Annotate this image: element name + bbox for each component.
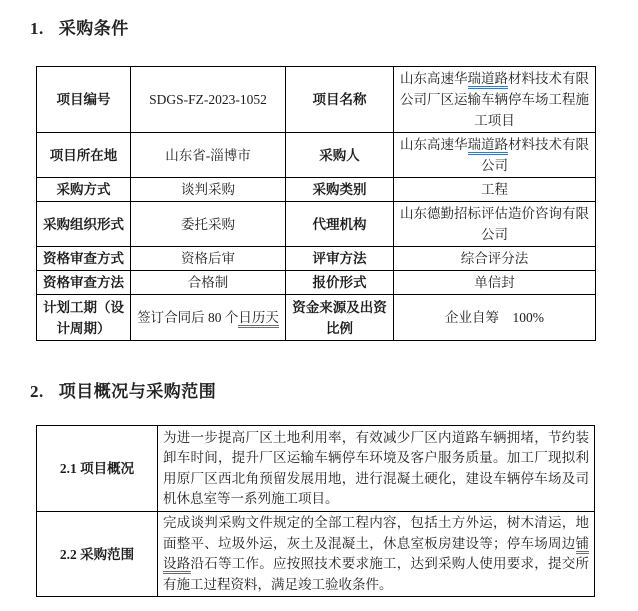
- organization-form-label: 采购组织形式: [37, 202, 131, 247]
- text-segment: 完成谈判采购文件规定的全部工程内容，包括土方外运，树木清运，地面整平、垃圾外运，…: [163, 515, 589, 551]
- section2-title: 项目概况与采购范围: [59, 382, 217, 401]
- project-number-value: SDGS-FZ-2023-1052: [131, 67, 286, 133]
- procurement-scope-value: 完成谈判采购文件规定的全部工程内容，包括土方外运，树木清运，地面整平、垃圾外运，…: [158, 512, 595, 597]
- qualification-review-method-label: 资格审查方法: [37, 271, 131, 295]
- procurement-category-value: 工程: [394, 178, 596, 202]
- purchaser-value: 山东高速华瑞道路材料技术有限公司: [394, 133, 596, 178]
- table-row: 资格审查方式 资格后审 评审方法 综合评分法: [37, 247, 596, 271]
- quotation-form-value: 单信封: [394, 271, 596, 295]
- text-segment: 沿石等工作。应按照技术要求施工，达到采购人使用要求，提交所有施工过程资料，满足竣…: [163, 556, 589, 592]
- project-name-value: 山东高速华瑞道路材料技术有限公司厂区运输车辆停车场工程施工项目: [394, 67, 596, 133]
- procurement-scope-label: 2.2 采购范围: [37, 512, 158, 597]
- organization-form-value: 委托采购: [131, 202, 286, 247]
- qualification-review-mode-label: 资格审查方式: [37, 247, 131, 271]
- table-row: 采购组织形式 委托采购 代理机构 山东德勤招标评估造价咨询有限公司: [37, 202, 596, 247]
- section2-number: 2.: [30, 382, 44, 402]
- evaluation-method-label: 评审方法: [286, 247, 394, 271]
- quotation-form-label: 报价形式: [286, 271, 394, 295]
- funding-source-label: 资金来源及出资比例: [286, 295, 394, 341]
- project-location-label: 项目所在地: [37, 133, 131, 178]
- project-location-value: 山东省-淄博市: [131, 133, 286, 178]
- table-row: 采购方式 谈判采购 采购类别 工程: [37, 178, 596, 202]
- evaluation-method-value: 综合评分法: [394, 247, 596, 271]
- table-row: 资格审查方法 合格制 报价形式 单信封: [37, 271, 596, 295]
- underlined-text: 瑞道路: [468, 137, 509, 155]
- text-segment: 山东高速华: [400, 137, 468, 152]
- table-row: 项目所在地 山东省-淄博市 采购人 山东高速华瑞道路材料技术有限公司: [37, 133, 596, 178]
- agency-value: 山东德勤招标评估造价咨询有限公司: [394, 202, 596, 247]
- table-row: 2.2 采购范围 完成谈判采购文件规定的全部工程内容，包括土方外运，树木清运，地…: [37, 512, 595, 597]
- agency-label: 代理机构: [286, 202, 394, 247]
- procurement-category-label: 采购类别: [286, 178, 394, 202]
- project-overview-label: 2.1 项目概况: [37, 426, 158, 512]
- text-segment: 签订合同后 80 个: [137, 310, 238, 325]
- procurement-method-label: 采购方式: [37, 178, 131, 202]
- text-segment: 山东高速华: [400, 71, 468, 86]
- section2-heading: 2.项目概况与采购范围: [30, 377, 638, 402]
- qualification-review-method-value: 合格制: [131, 271, 286, 295]
- section1-title: 采购条件: [59, 19, 129, 38]
- document-page: 1.采购条件 项目编号 SDGS-FZ-2023-1052 项目名称 山东高速华…: [0, 0, 638, 611]
- qualification-review-mode-value: 资格后审: [131, 247, 286, 271]
- table-row: 计划工期（设计周期） 签订合同后 80 个日历天 资金来源及出资比例 企业自筹 …: [37, 295, 596, 341]
- project-overview-value: 为进一步提高厂区土地利用率，有效减少厂区内道路车辆拥堵，节约装卸车时间，提升厂区…: [158, 426, 595, 512]
- project-name-label: 项目名称: [286, 67, 394, 133]
- planned-duration-value: 签订合同后 80 个日历天: [131, 295, 286, 341]
- purchaser-label: 采购人: [286, 133, 394, 178]
- planned-duration-label: 计划工期（设计周期）: [37, 295, 131, 341]
- table-row: 项目编号 SDGS-FZ-2023-1052 项目名称 山东高速华瑞道路材料技术…: [37, 67, 596, 133]
- underlined-text: 日历天: [238, 310, 279, 328]
- procurement-method-value: 谈判采购: [131, 178, 286, 202]
- table-row: 2.1 项目概况 为进一步提高厂区土地利用率，有效减少厂区内道路车辆拥堵，节约装…: [37, 426, 595, 512]
- section1-number: 1.: [30, 19, 44, 39]
- underlined-text: 瑞道路: [468, 71, 509, 89]
- project-number-label: 项目编号: [37, 67, 131, 133]
- project-overview-table: 2.1 项目概况 为进一步提高厂区土地利用率，有效减少厂区内道路车辆拥堵，节约装…: [36, 425, 595, 597]
- funding-source-value: 企业自筹 100%: [394, 295, 596, 341]
- procurement-conditions-table: 项目编号 SDGS-FZ-2023-1052 项目名称 山东高速华瑞道路材料技术…: [36, 66, 596, 341]
- section1-heading: 1.采购条件: [30, 14, 638, 39]
